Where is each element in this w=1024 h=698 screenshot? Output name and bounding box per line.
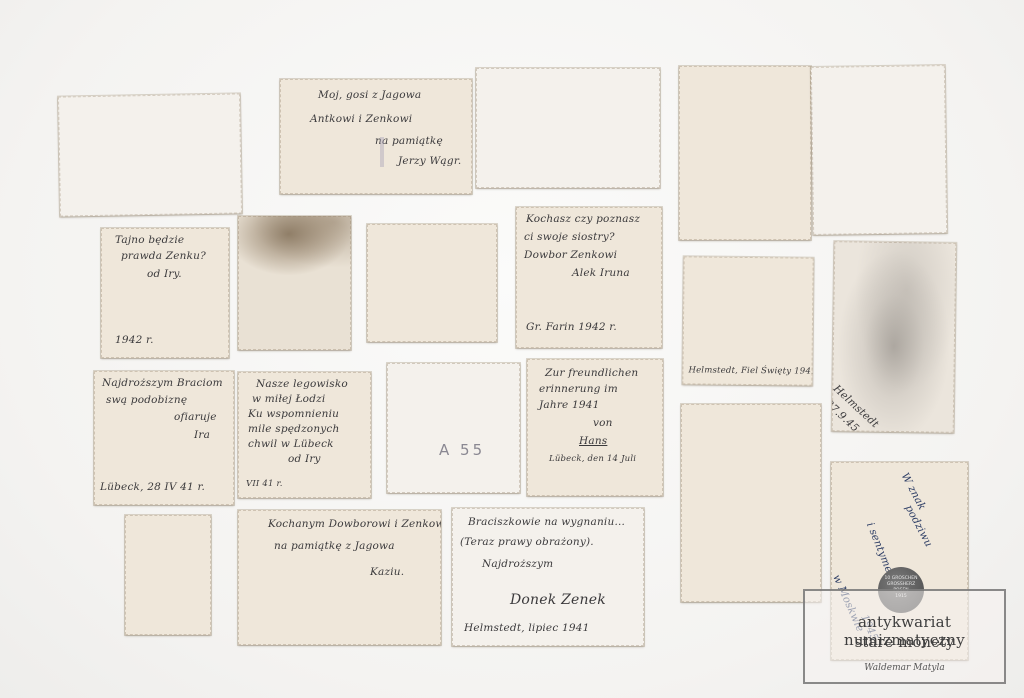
handwriting: ci swoje siostry? (524, 229, 615, 245)
pencil-marking: A 55 (439, 439, 485, 462)
photo-back-card: Najdroższym Braciom swą podobiznę ofiaru… (94, 371, 234, 505)
photo-back-card-smudged: Helmstedt 27.9.45 (832, 241, 957, 433)
photo-back-card (679, 66, 811, 240)
handwriting: Kochasz czy poznasz (526, 211, 640, 227)
stamp-mark (380, 137, 384, 167)
handwriting: Antkowi i Zenkowi (310, 111, 412, 127)
handwriting: Moj, gosi z Jagowa (318, 87, 421, 103)
handwriting: na pamiątkę z Jagowa (274, 538, 395, 554)
handwriting: Nasze legowisko (256, 376, 348, 392)
handwriting: Hans (579, 433, 607, 449)
photo-background: Moj, gosi z Jagowa Antkowi i Zenkowi na … (0, 0, 1024, 698)
handwriting: VII 41 r. (246, 478, 283, 491)
handwriting: od Iry (288, 451, 321, 467)
handwriting: Helmstedt, Fiel Święty 1941. (688, 364, 813, 379)
handwriting: 1942 r. (115, 332, 154, 348)
photo-back-card (125, 515, 211, 635)
photo-back-card (681, 404, 821, 602)
handwriting: swą podobiznę (106, 392, 187, 408)
photo-back-card (811, 65, 947, 235)
photo-back-card: Tajno będzie prawda Zenku? od Iry. 1942 … (101, 228, 229, 358)
handwriting: chwil w Lübeck (248, 436, 334, 452)
handwriting: Tajno będzie (115, 232, 184, 248)
handwriting: na pamiątkę (375, 133, 443, 149)
watermark-line2: stare monety (805, 633, 1004, 651)
watermark: antykwariat numizmatyczny stare monety W… (803, 589, 1006, 684)
photo-back-card: Helmstedt, Fiel Święty 1941. (682, 256, 813, 385)
handwriting: w miłej Łodzi (252, 391, 325, 407)
photo-back-card: Nasze legowisko w miłej Łodzi Ku wspomni… (238, 372, 371, 498)
photo-back-card (476, 68, 660, 188)
photo-back-card (58, 93, 242, 216)
handwriting: Jahre 1941 (539, 397, 600, 413)
handwriting: Helmstedt, lipiec 1941 (464, 620, 589, 636)
handwriting: Kaziu. (370, 564, 404, 580)
handwriting: (Teraz prawy obrażony). (460, 534, 594, 550)
handwriting: Najdroższym (482, 556, 553, 572)
handwriting: Braciszkowie na wygnaniu... (468, 514, 625, 530)
handwriting: von (593, 415, 613, 431)
photo-back-card (367, 224, 497, 342)
water-stain (238, 216, 351, 276)
handwriting: Lübeck, 28 IV 41 r. (100, 479, 205, 495)
handwriting: Donek Zenek (510, 590, 606, 612)
photo-back-card: Kochanym Dowborowi i Zenkowi na pamiątkę… (238, 510, 441, 645)
handwriting: prawda Zenku? (121, 248, 206, 264)
handwriting: Ira (194, 427, 210, 443)
handwriting: Najdroższym Braciom (102, 375, 223, 391)
photo-back-card: A 55 (387, 363, 520, 493)
photo-back-card-stained (238, 216, 351, 350)
handwriting: Ku wspomnieniu (248, 406, 339, 422)
handwriting: Kochanym Dowborowi i Zenkowi (268, 516, 441, 532)
handwriting: Alek Iruna (572, 265, 630, 281)
handwriting: Gr. Farin 1942 r. (526, 319, 617, 335)
photo-back-card: Braciszkowie na wygnaniu... (Teraz prawy… (452, 508, 644, 646)
handwriting: mile spędzonych (248, 421, 339, 437)
handwriting: podziwu (901, 502, 937, 550)
photo-back-card: Kochasz czy poznasz ci swoje siostry? Do… (516, 207, 662, 348)
handwriting: Zur freundlichen (545, 365, 638, 381)
handwriting: od Iry. (147, 266, 182, 282)
handwriting: ofiaruje (174, 409, 217, 425)
handwriting: Lübeck, den 14 Juli (549, 453, 636, 466)
handwriting: erinnerung im (539, 381, 618, 397)
handwriting: Dowbor Zenkowi (524, 247, 617, 263)
watermark-line3: Waldemar Matyla (805, 663, 1004, 673)
photo-back-card: Zur freundlichen erinnerung im Jahre 194… (527, 359, 663, 496)
photo-back-card: Moj, gosi z Jagowa Antkowi i Zenkowi na … (280, 79, 472, 194)
handwriting: Jerzy Wągr. (398, 153, 461, 169)
